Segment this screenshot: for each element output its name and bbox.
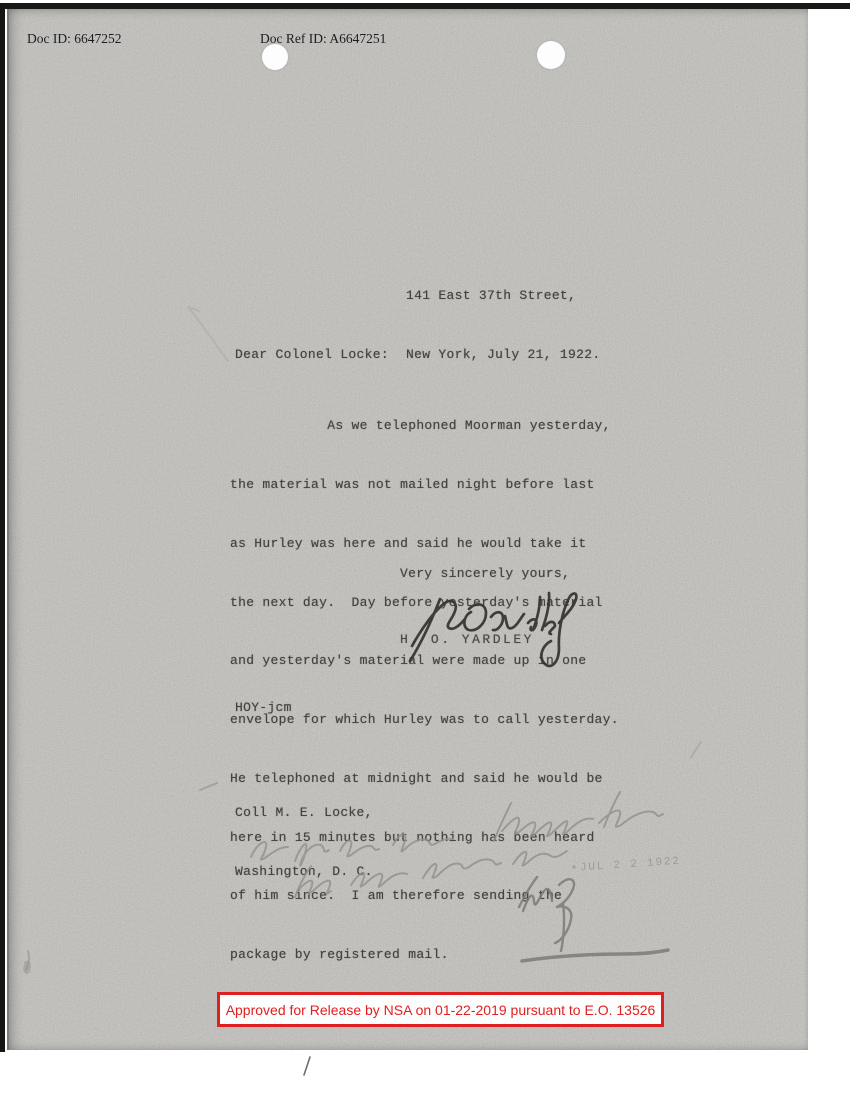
body-line: package by registered mail. <box>230 945 619 965</box>
paper-scan: Doc ID: 6647252 Doc Ref ID: A6647251 141… <box>7 9 808 1050</box>
scanner-edge-left <box>0 3 5 1052</box>
body-line: the next day. Day before yesterday's mat… <box>230 593 619 613</box>
typed-signature-name: H. O. YARDLEY <box>400 630 534 650</box>
body-line: the material was not mailed night before… <box>230 475 619 495</box>
recipient-line-1: Coll M. E. Locke, <box>235 803 373 823</box>
recipient-address-block: Coll M. E. Locke, Washington, D. C. <box>235 764 373 921</box>
doc-ref-id-label: Doc Ref ID: A6647251 <box>260 31 386 47</box>
body-line: As we telephoned Moorman yesterday, <box>230 416 619 436</box>
scanned-document-page: Doc ID: 6647252 Doc Ref ID: A6647251 141… <box>0 0 850 1100</box>
salutation: Dear Colonel Locke: <box>235 345 389 365</box>
reference-initials: HOY-jcm <box>235 698 292 718</box>
release-approval-stamp: Approved for Release by NSA on 01-22-201… <box>217 992 664 1027</box>
doc-id-label: Doc ID: 6647252 <box>27 31 122 47</box>
punch-hole-right <box>537 41 565 69</box>
body-line: and yesterday's material were made up in… <box>230 651 619 671</box>
address-line-1: 141 East 37th Street, <box>406 286 600 306</box>
address-date-line: New York, July 21, 1922. <box>406 345 600 365</box>
release-approval-text: Approved for Release by NSA on 01-22-201… <box>226 1002 656 1018</box>
recipient-line-2: Washington, D. C. <box>235 862 373 882</box>
stray-pen-mark <box>299 1053 315 1079</box>
body-line: as Hurley was here and said he would tak… <box>230 534 619 554</box>
closing-line: Very sincerely yours, <box>400 564 570 584</box>
punch-hole-left <box>262 44 288 70</box>
